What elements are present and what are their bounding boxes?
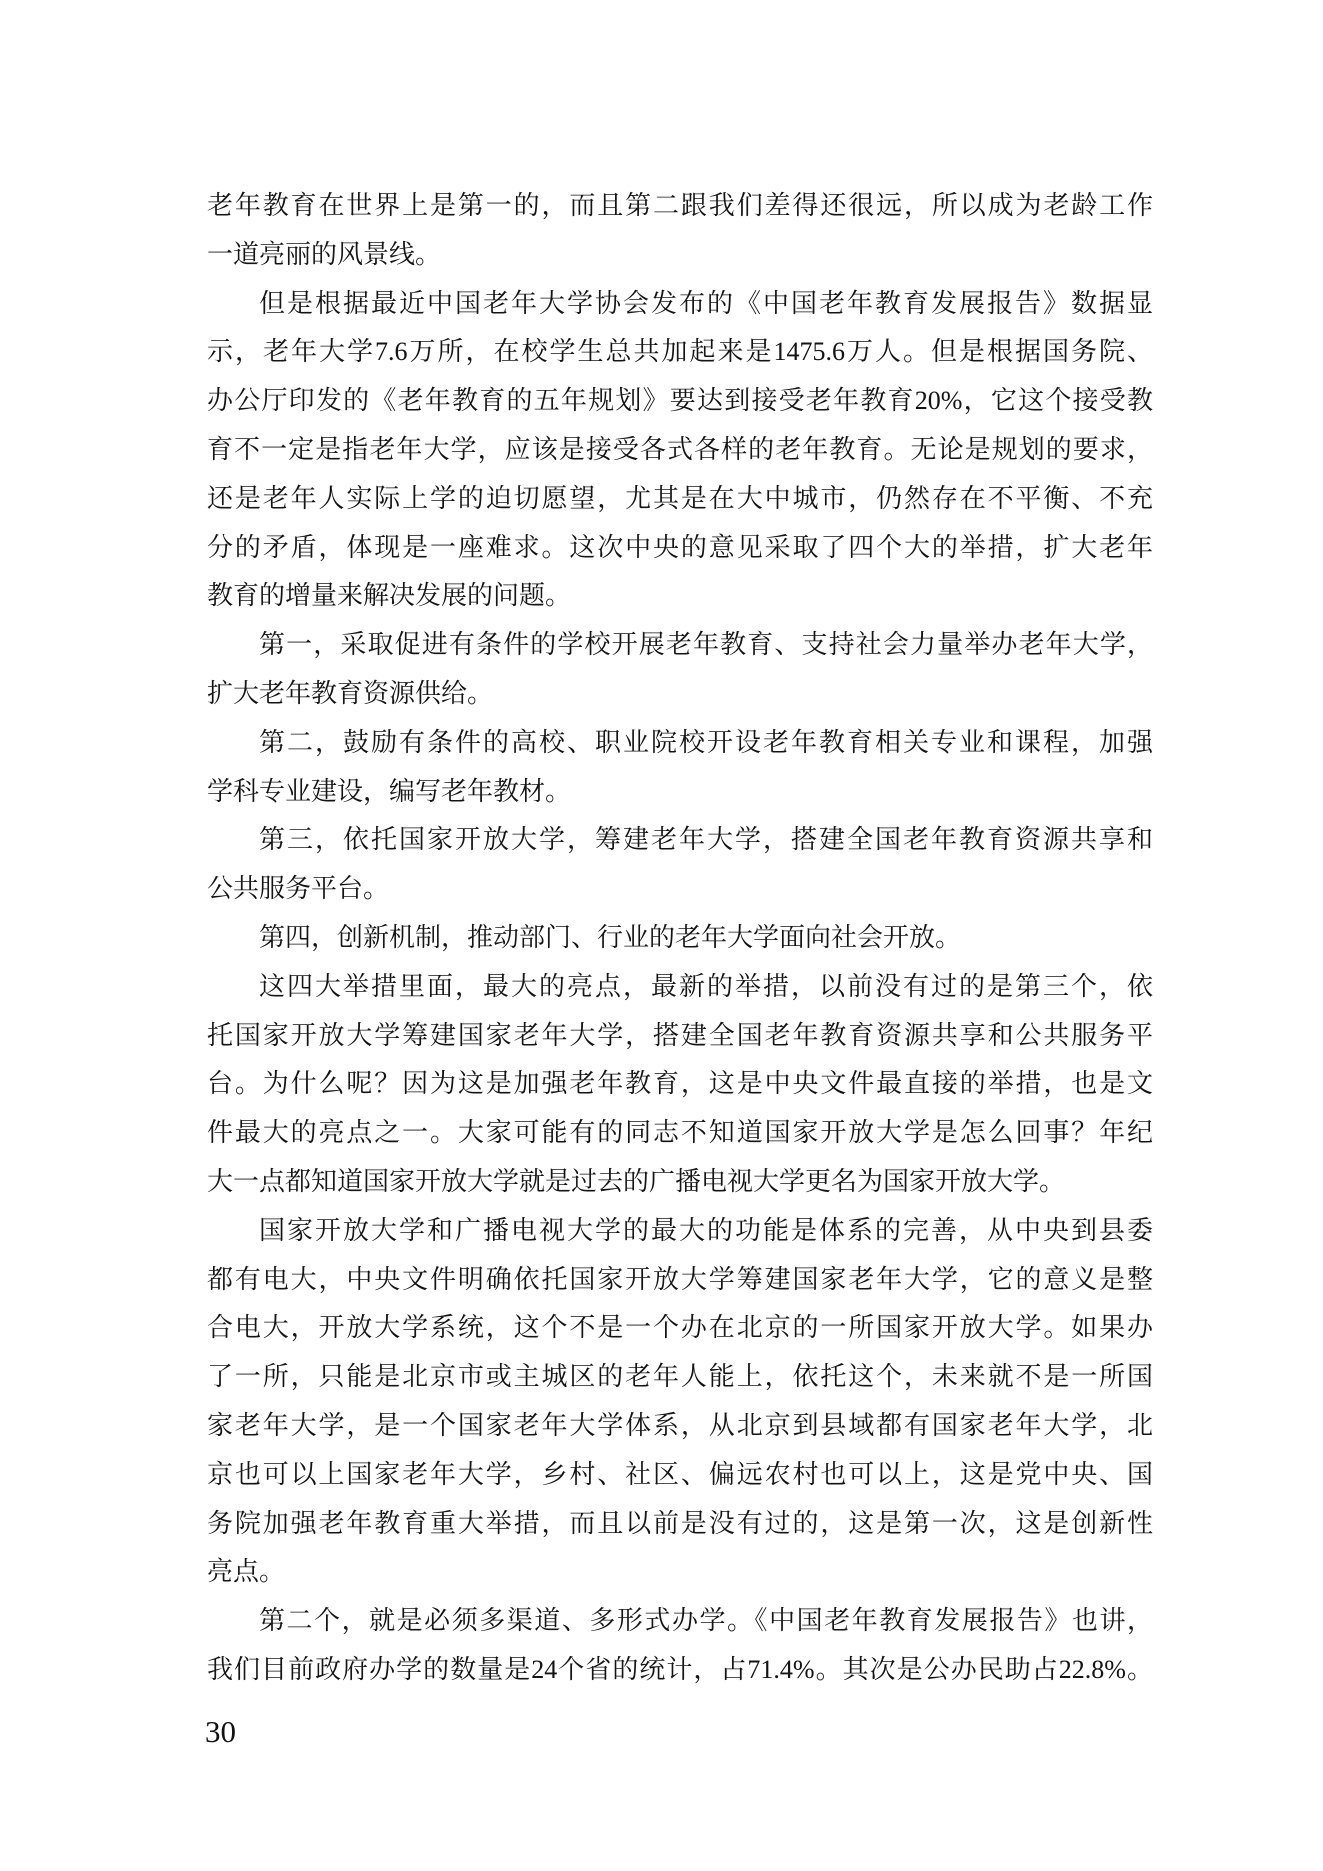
text-line: 第三，依托国家开放大学，筹建老年大学，搭建全国老年教育资源共享和 — [207, 816, 1153, 865]
paragraph: 第三，依托国家开放大学，筹建老年大学，搭建全国老年教育资源共享和公共服务平台。 — [207, 816, 1153, 914]
paragraph: 这四大举措里面，最大的亮点，最新的举措，以前没有过的是第三个，依托国家开放大学筹… — [207, 963, 1153, 1207]
text-line: 务院加强老年教育重大举措，而且以前是没有过的，这是第一次，这是创新性 — [207, 1500, 1153, 1549]
paragraph: 第四，创新机制，推动部门、行业的老年大学面向社会开放。 — [207, 914, 1153, 963]
text-line: 还是老年人实际上学的迫切愿望，尤其是在大中城市，仍然存在不平衡、不充 — [207, 475, 1153, 524]
text-line: 亮点。 — [207, 1548, 1153, 1597]
text-line: 示，老年大学7.6万所，在校学生总共加起来是1475.6万人。但是根据国务院、 — [207, 328, 1153, 377]
text-line: 学科专业建设，编写老年教材。 — [207, 768, 1153, 817]
text-line: 都有电大，中央文件明确依托国家开放大学筹建国家老年大学，它的意义是整 — [207, 1256, 1153, 1305]
text-line: 第四，创新机制，推动部门、行业的老年大学面向社会开放。 — [207, 914, 1153, 963]
page-number: 30 — [205, 1708, 236, 1756]
text-line: 了一所，只能是北京市或主城区的老年人能上，依托这个，未来就不是一所国 — [207, 1353, 1153, 1402]
paragraph: 第一，采取促进有条件的学校开展老年教育、支持社会力量举办老年大学，扩大老年教育资… — [207, 621, 1153, 719]
text-line: 件最大的亮点之一。大家可能有的同志不知道国家开放大学是怎么回事？年纪 — [207, 1109, 1153, 1158]
text-line: 京也可以上国家老年大学，乡村、社区、偏远农村也可以上，这是党中央、国 — [207, 1451, 1153, 1500]
text-line: 但是根据最近中国老年大学协会发布的《中国老年教育发展报告》数据显 — [207, 280, 1153, 329]
text-line: 合电大，开放大学系统，这个不是一个办在北京的一所国家开放大学。如果办 — [207, 1304, 1153, 1353]
document-page: 老年教育在世界上是第一的，而且第二跟我们差得还很远，所以成为老龄工作一道亮丽的风… — [0, 0, 1323, 1871]
paragraph: 第二，鼓励有条件的高校、职业院校开设老年教育相关专业和课程，加强学科专业建设，编… — [207, 719, 1153, 817]
text-line: 国家开放大学和广播电视大学的最大的功能是体系的完善，从中央到县委 — [207, 1207, 1153, 1256]
text-line: 第一，采取促进有条件的学校开展老年教育、支持社会力量举办老年大学， — [207, 621, 1153, 670]
text-line: 台。为什么呢？因为这是加强老年教育，这是中央文件最直接的举措，也是文 — [207, 1060, 1153, 1109]
paragraph: 国家开放大学和广播电视大学的最大的功能是体系的完善，从中央到县委都有电大，中央文… — [207, 1207, 1153, 1597]
document-text: 老年教育在世界上是第一的，而且第二跟我们差得还很远，所以成为老龄工作一道亮丽的风… — [207, 182, 1153, 1695]
text-line: 大一点都知道国家开放大学就是过去的广播电视大学更名为国家开放大学。 — [207, 1158, 1153, 1207]
text-line: 我们目前政府办学的数量是24个省的统计，占71.4%。其次是公办民助占22.8%… — [207, 1646, 1153, 1695]
paragraph: 但是根据最近中国老年大学协会发布的《中国老年教育发展报告》数据显示，老年大学7.… — [207, 280, 1153, 622]
text-line: 扩大老年教育资源供给。 — [207, 670, 1153, 719]
text-line: 这四大举措里面，最大的亮点，最新的举措，以前没有过的是第三个，依 — [207, 963, 1153, 1012]
text-line: 教育的增量来解决发展的问题。 — [207, 572, 1153, 621]
text-line: 办公厅印发的《老年教育的五年规划》要达到接受老年教育20%，它这个接受教 — [207, 377, 1153, 426]
text-line: 育不一定是指老年大学，应该是接受各式各样的老年教育。无论是规划的要求， — [207, 426, 1153, 475]
text-line: 公共服务平台。 — [207, 865, 1153, 914]
text-line: 老年教育在世界上是第一的，而且第二跟我们差得还很远，所以成为老龄工作 — [207, 182, 1153, 231]
text-line: 一道亮丽的风景线。 — [207, 231, 1153, 280]
paragraph: 第二个，就是必须多渠道、多形式办学。《中国老年教育发展报告》也讲，我们目前政府办… — [207, 1597, 1153, 1695]
text-line: 第二个，就是必须多渠道、多形式办学。《中国老年教育发展报告》也讲， — [207, 1597, 1153, 1646]
text-line: 第二，鼓励有条件的高校、职业院校开设老年教育相关专业和课程，加强 — [207, 719, 1153, 768]
text-line: 分的矛盾，体现是一座难求。这次中央的意见采取了四个大的举措，扩大老年 — [207, 524, 1153, 573]
text-line: 托国家开放大学筹建国家老年大学，搭建全国老年教育资源共享和公共服务平 — [207, 1012, 1153, 1061]
text-line: 家老年大学，是一个国家老年大学体系，从北京到县域都有国家老年大学，北 — [207, 1402, 1153, 1451]
paragraph: 老年教育在世界上是第一的，而且第二跟我们差得还很远，所以成为老龄工作一道亮丽的风… — [207, 182, 1153, 280]
